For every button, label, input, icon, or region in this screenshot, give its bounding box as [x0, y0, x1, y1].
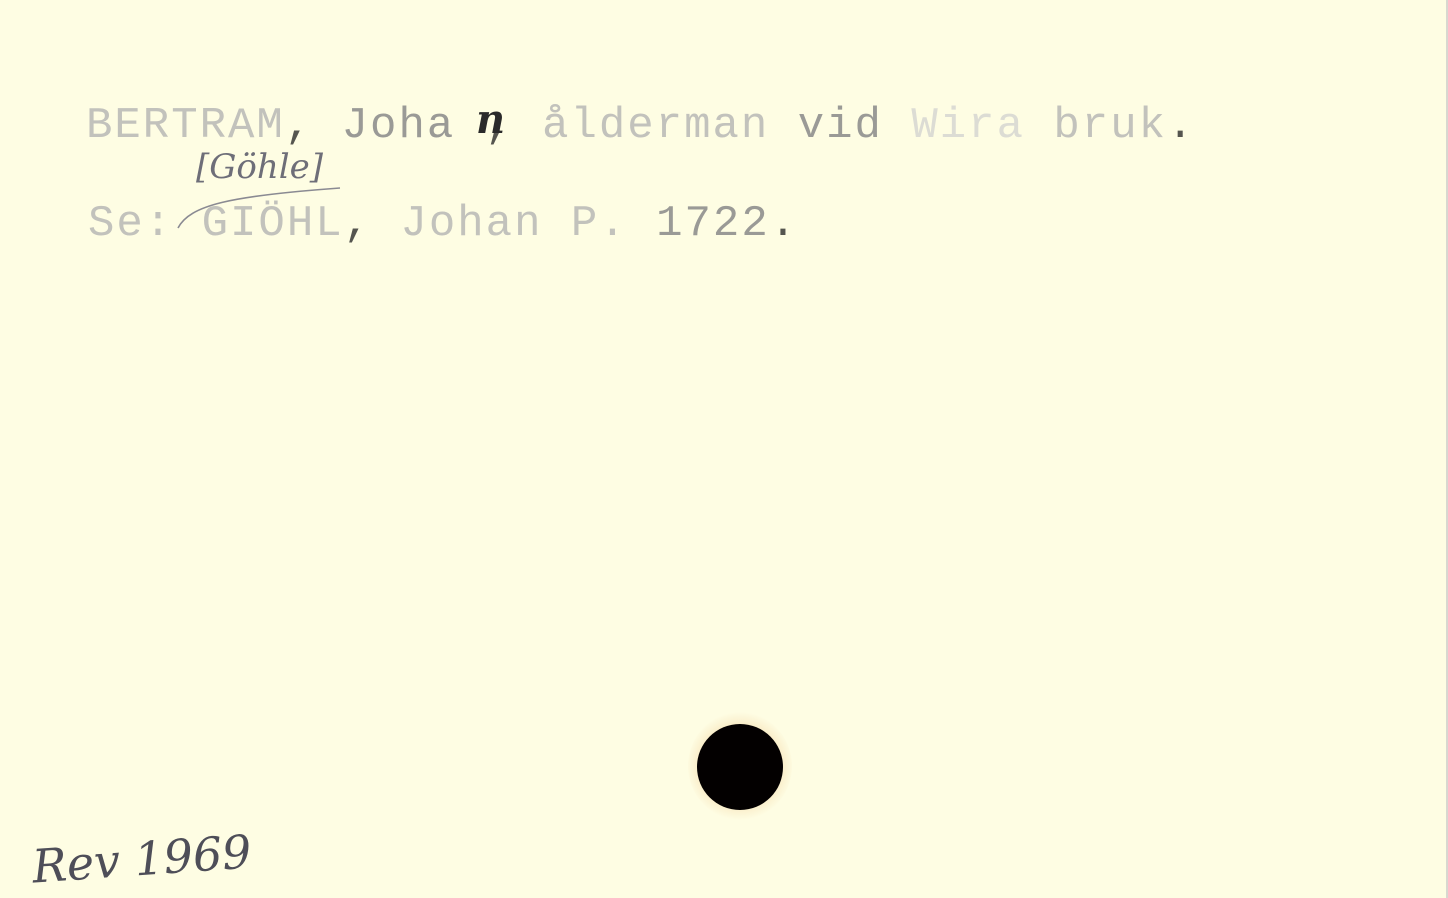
index-card: BERTRAM, Joha, ålderman vid Wira bruk. n…: [0, 0, 1448, 898]
heading-period: .: [1167, 101, 1195, 151]
card-heading-line: BERTRAM, Joha, ålderman vid Wira bruk.: [86, 104, 1195, 148]
surname-comma: ,: [285, 101, 313, 151]
handwritten-correction-n: n: [476, 100, 505, 140]
place-suffix: bruk: [1053, 101, 1167, 151]
place-name: Wira: [911, 101, 1025, 151]
revision-note: Rev 1969: [31, 828, 253, 889]
reference-period: .: [770, 199, 798, 249]
punch-hole: [697, 724, 783, 810]
reference-comma: ,: [344, 199, 372, 249]
title-word: ålderman: [542, 101, 769, 151]
surname: BERTRAM: [86, 101, 285, 151]
reference-given-name: Johan P.: [400, 199, 627, 249]
reference-surname: GIÖHL: [202, 199, 344, 249]
handwritten-alias-note: [Göhle]: [196, 150, 323, 184]
preposition: vid: [798, 101, 883, 151]
see-label: Se:: [88, 199, 173, 249]
cross-reference-line: Se: GIÖHL, Johan P. 1722.: [88, 202, 798, 246]
given-name-typed: Joha: [342, 101, 456, 151]
reference-year: 1722: [656, 199, 770, 249]
